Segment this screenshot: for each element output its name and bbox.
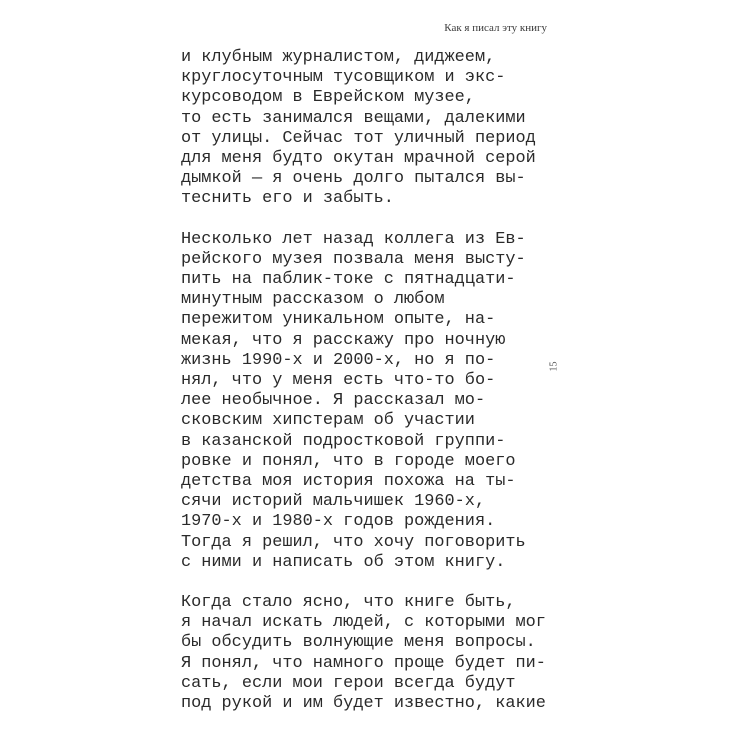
- text-line: сячи историй мальчишек 1960-х,: [181, 492, 546, 512]
- page-number: 15: [549, 362, 560, 372]
- text-line: нял, что у меня есть что-то бо-: [181, 371, 546, 391]
- text-line: теснить его и забыть.: [181, 189, 546, 209]
- text-line: бы обсудить волнующие меня вопросы.: [181, 633, 546, 653]
- text-line: дымкой — я очень долго пытался вы-: [181, 169, 546, 189]
- text-line: и клубным журналистом, диджеем,: [181, 48, 546, 68]
- paragraph: и клубным журналистом, диджеем,круглосут…: [181, 48, 546, 210]
- text-line: 1970-х и 1980-х годов рождения.: [181, 512, 546, 532]
- text-line: жизнь 1990-х и 2000-х, но я по-: [181, 351, 546, 371]
- text-line: пить на паблик-токе с пятнадцати-: [181, 270, 546, 290]
- text-line: лее необычное. Я рассказал мо-: [181, 391, 546, 411]
- text-line: курсоводом в Еврейском музее,: [181, 88, 546, 108]
- text-line: под рукой и им будет известно, какие: [181, 694, 546, 714]
- text-line: сать, если мои герои всегда будут: [181, 674, 546, 694]
- book-page: Как я писал эту книгу 15 и клубным журна…: [0, 0, 751, 751]
- text-line: сковским хипстерам об участии: [181, 411, 546, 431]
- text-line: в казанской подростковой группи-: [181, 432, 546, 452]
- text-line: Тогда я решил, что хочу поговорить: [181, 533, 546, 553]
- text-line: Когда стало ясно, что книге быть,: [181, 593, 546, 613]
- text-line: круглосуточным тусовщиком и экс-: [181, 68, 546, 88]
- text-line: я начал искать людей, с которыми мог: [181, 613, 546, 633]
- text-line: детства моя история похожа на ты-: [181, 472, 546, 492]
- body-text: и клубным журналистом, диджеем,круглосут…: [181, 48, 546, 714]
- running-head: Как я писал эту книгу: [444, 22, 547, 34]
- text-line: для меня будто окутан мрачной серой: [181, 149, 546, 169]
- text-line: то есть занимался вещами, далекими: [181, 109, 546, 129]
- text-line: с ними и написать об этом книгу.: [181, 553, 546, 573]
- text-line: Я понял, что намного проще будет пи-: [181, 654, 546, 674]
- text-line: рейского музея позвала меня высту-: [181, 250, 546, 270]
- text-line: от улицы. Сейчас тот уличный период: [181, 129, 546, 149]
- paragraph: Несколько лет назад коллега из Ев-рейско…: [181, 230, 546, 573]
- text-line: минутным рассказом о любом: [181, 290, 546, 310]
- text-line: ровке и понял, что в городе моего: [181, 452, 546, 472]
- text-line: мекая, что я расскажу про ночную: [181, 331, 546, 351]
- paragraph: Когда стало ясно, что книге быть,я начал…: [181, 593, 546, 714]
- text-line: Несколько лет назад коллега из Ев-: [181, 230, 546, 250]
- text-line: пережитом уникальном опыте, на-: [181, 310, 546, 330]
